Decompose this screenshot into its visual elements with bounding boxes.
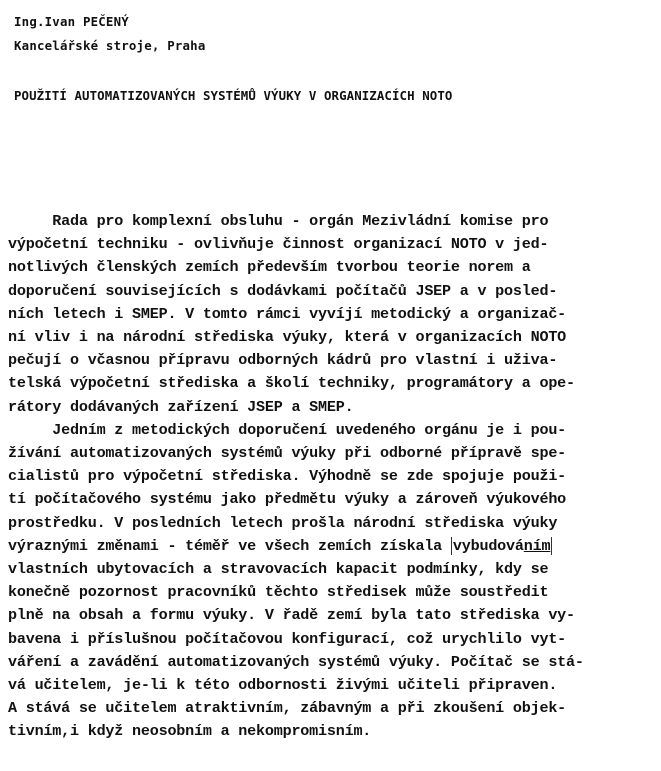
- author-name: Ing.Ivan PEČENÝ: [14, 10, 206, 34]
- document-body: Rada pro komplexní obsluhu - orgán Meziv…: [8, 210, 658, 744]
- body-line: prostředku. V posledních letech prošla n…: [8, 512, 658, 535]
- body-line: výpočetní techniku - ovlivňuje činnost o…: [8, 233, 658, 256]
- body-line: cialistů pro výpočetní střediska. Výhodn…: [8, 465, 658, 488]
- body-line: Jedním z metodických doporučení uvedenéh…: [8, 419, 658, 442]
- body-line: vlastních ubytovacích a stravovacích kap…: [8, 558, 658, 581]
- body-line-text: výraznými změnami - téměř ve všech zemíc…: [8, 537, 451, 555]
- body-line-with-correction: výraznými změnami - téměř ve všech zemíc…: [8, 535, 658, 558]
- correction-word-prefix: vybudová: [453, 537, 524, 555]
- body-line: žívání automatizovaných systémů výuky př…: [8, 442, 658, 465]
- body-line: konečně pozornost pracovníků těchto stře…: [8, 581, 658, 604]
- body-line: tí počítačového systému jako předmětu vý…: [8, 488, 658, 511]
- body-line: A stává se učitelem atraktivním, zábavný…: [8, 697, 658, 720]
- body-line: váření a zavádění automatizovaných systé…: [8, 651, 658, 674]
- author-affiliation: Kancelářské stroje, Praha: [14, 34, 206, 58]
- body-line: ní vliv i na národní střediska výuky, kt…: [8, 326, 658, 349]
- document-title: POUŽITÍ AUTOMATIZOVANÝCH SYSTÉMŮ VÝUKY V…: [14, 88, 452, 103]
- body-line: bavena i příslušnou počítačovou konfigur…: [8, 628, 658, 651]
- body-line: ních letech i SMEP. V tomto rámci vyvíjí…: [8, 303, 658, 326]
- correction-box: vybudováním: [451, 537, 552, 555]
- body-line: Rada pro komplexní obsluhu - orgán Meziv…: [8, 210, 658, 233]
- body-line: rátory dodávaných zařízení JSEP a SMEP.: [8, 396, 658, 419]
- body-line: notlivých členských zemích především tvo…: [8, 256, 658, 279]
- body-line: pečují o včasnou přípravu odborných kádr…: [8, 349, 658, 372]
- body-line: plně na obsah a formu výuky. V řadě zemí…: [8, 604, 658, 627]
- body-line: telská výpočetní střediska a školí techn…: [8, 372, 658, 395]
- body-line: vá učitelem, je-li k této odbornosti živ…: [8, 674, 658, 697]
- author-block: Ing.Ivan PEČENÝ Kancelářské stroje, Prah…: [14, 10, 206, 58]
- correction-word-underlined: ním: [524, 537, 551, 555]
- body-line: doporučení souvisejících s dodávkami poč…: [8, 280, 658, 303]
- body-line: tivním,i když neosobním a nekompromisním…: [8, 720, 658, 743]
